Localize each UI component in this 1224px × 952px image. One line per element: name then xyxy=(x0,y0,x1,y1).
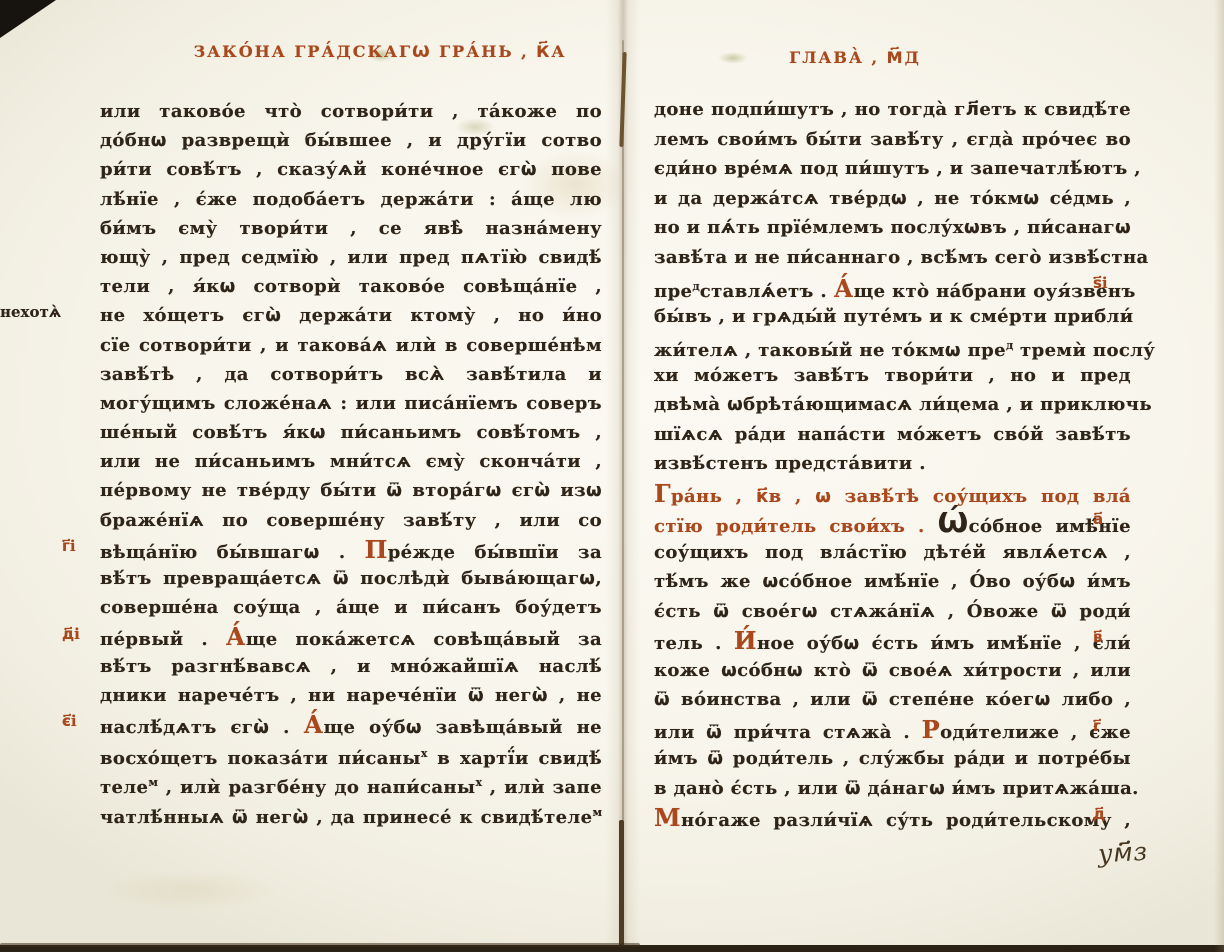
text-segment: или не пи́саньимъ мни́тсѧ єму̀ сконча́ти… xyxy=(100,451,602,472)
text-segment: теле xyxy=(100,777,148,798)
text-line: Мно́гаже разли́чїѧ су́ть роди́тельскому … xyxy=(654,803,1131,833)
margin-note: є҃і xyxy=(62,712,77,730)
text-segment: до́бнѡ разврещѝ бы́вшее , и дру́гїи сотв… xyxy=(100,130,602,151)
initial-letter: Ѡ́ xyxy=(938,506,969,539)
text-line: или не пи́саньимъ мни́тсѧ єму̀ сконча́ти… xyxy=(100,447,602,476)
text-line: соу́щихъ под вла́стїю дѣте́й явлѧ́етсѧ , xyxy=(654,538,1131,568)
text-segment: или таково́е что̀ сотвори́ти , та́коже п… xyxy=(100,101,602,122)
text-segment: и да держа́тсѧ тве́рдѡ , не то́кмѡ се́дм… xyxy=(654,188,1131,209)
text-segment: восхо́щетъ показа́ти пи́саны xyxy=(100,748,421,769)
text-line: завѣ́тѣ , да сотвори́тъ всѧ̀ завѣ́тила и xyxy=(100,360,602,389)
text-line: Гра́нь , к҃в , ѡ завѣ́тѣ соу́щихъ под вл… xyxy=(654,479,1131,509)
text-line: браже́нїѧ по соверше́ну завѣ́ту , или со xyxy=(100,506,602,535)
text-segment: могу́щимъ сложе́наѧ : или писа́нїемъ сов… xyxy=(100,393,602,414)
text-line: могу́щимъ сложе́наѧ : или писа́нїемъ сов… xyxy=(100,389,602,418)
text-segment: коже ѡсо́бнѡ кто̀ ѿ свое́ѧ хи́трости , и… xyxy=(654,660,1131,681)
text-segment: хи мо́жетъ завѣ́тъ твори́ти , но и пред xyxy=(654,365,1131,386)
text-line: тель . И́ное оу́бѡ є́сть и́мъ имѣ́нїе , … xyxy=(654,626,1131,656)
text-line: пе́рвому не тве́рду бы́ти ѿ втора́гѡ єгѡ… xyxy=(100,476,602,505)
text-segment: д xyxy=(692,280,699,293)
text-segment: ще пока́жетсѧ совѣща́вый за xyxy=(246,629,602,650)
text-line: стїю роди́тель свои́хъ . Ѡ́со́бное имѣ́н… xyxy=(654,508,1131,538)
text-segment: со́бное имѣ́нїе xyxy=(969,516,1131,537)
margin-note: нехотѧ̀ xyxy=(0,303,61,321)
text-line: ше́ный совѣ́тъ я́кѡ пи́саньимъ совѣ́томъ… xyxy=(100,418,602,447)
text-segment: вѣща́нїю бы́вшагѡ . xyxy=(100,542,365,563)
text-segment: , илѝ запе xyxy=(482,777,602,798)
text-line: сїе сотвори́ти , и такова́ѧ илѝ в соверш… xyxy=(100,331,602,360)
text-segment: не хо́щетъ єгѡ̀ держа́ти ктому̀ , но и́н… xyxy=(100,305,602,326)
text-segment: соверше́на соу́ща , а́ще и пи́санъ боу́д… xyxy=(100,597,602,618)
text-segment: извѣ́стенъ предста́вити . xyxy=(654,453,926,474)
text-line: тѣ́мъ же ѡсо́бное имѣ́нїе , О́во оу́бѡ и… xyxy=(654,567,1131,597)
text-line: восхо́щетъ показа́ти пи́саных в хартї́и … xyxy=(100,739,602,768)
text-segment: ющу̀ , пред седмїю̀ , или пред пѧтїю̀ св… xyxy=(100,247,602,268)
text-line: доне подпи́шутъ , но тогда̀ гл҃етъ к сви… xyxy=(654,95,1131,125)
text-segment: или ѿ при́чта стѧжа̀ . xyxy=(654,722,922,743)
text-segment: сїе сотвори́ти , и такова́ѧ илѝ в соверш… xyxy=(100,335,602,356)
initial-letter: А́ xyxy=(834,274,854,303)
text-segment: пре xyxy=(654,281,692,302)
text-segment: ше́ный совѣ́тъ я́кѡ пи́саньимъ совѣ́томъ… xyxy=(100,422,602,443)
text-segment: в хартї́и свидѣ́ xyxy=(427,748,602,769)
text-segment: пе́рвый . xyxy=(100,629,226,650)
text-segment: дники нарече́тъ , ни нарече́нїи ѿ негѡ̀ … xyxy=(100,685,602,706)
text-line: или ѿ при́чта стѧжа̀ . Роди́телиже , є́ж… xyxy=(654,715,1131,745)
text-line: ѿ во́инства , или ѿ степе́не ко́егѡ либо… xyxy=(654,685,1131,715)
margin-note: г҃ xyxy=(1093,717,1101,735)
text-segment: ще оу́бѡ завѣща́вый не xyxy=(324,717,602,738)
text-line: шїѧсѧ ра́ди напа́сти мо́жетъ сво́й завѣ́… xyxy=(654,420,1131,450)
text-segment: ное оу́бѡ є́сть и́мъ имѣ́нїе , єли́ xyxy=(757,633,1131,654)
text-segment: тель . xyxy=(654,633,734,654)
text-line: би́мъ єму̀ твори́ти , се явѣ̀ назна́мену xyxy=(100,214,602,243)
text-segment: завѣ́тѣ , да сотвори́тъ всѧ̀ завѣ́тила и xyxy=(100,364,602,385)
text-segment: оди́телиже , є́же xyxy=(940,722,1131,743)
text-segment: стїю роди́тель свои́хъ . xyxy=(654,516,938,537)
text-segment: тели , я́кѡ сотворѝ таково́е совѣща́нїе … xyxy=(100,276,602,297)
text-segment: лѣ́нїе , є́же подоба́етъ держа́ти : а́ще… xyxy=(100,189,602,210)
initial-letter: Р xyxy=(922,715,940,744)
text-segment: м xyxy=(148,776,158,789)
text-line: бы́въ , и грѧды́й путе́мъ и к сме́рти пр… xyxy=(654,302,1131,332)
text-segment: єди́но вре́мѧ под пи́шутъ , и запечатлѣ́… xyxy=(654,158,1141,179)
text-segment: ре́жде бы́вшїи за xyxy=(388,542,602,563)
text-line: пе́рвый . А́ще пока́жетсѧ совѣща́вый за xyxy=(100,622,602,651)
text-line: завѣ́та и не пи́саннаго , всѣ́мъ сего̀ и… xyxy=(654,243,1131,273)
gutter-crease-bottom xyxy=(619,820,624,952)
initial-letter: И́ xyxy=(734,626,757,655)
text-segment: ѿ во́инства , или ѿ степе́не ко́егѡ либо… xyxy=(654,689,1131,710)
text-line: є́сть ѿ свое́гѡ стѧжа́нїѧ , О́воже ѿ род… xyxy=(654,597,1131,627)
text-line: коже ѡсо́бнѡ кто̀ ѿ свое́ѧ хи́трости , и… xyxy=(654,656,1131,686)
initial-letter: А́ xyxy=(304,710,324,739)
text-segment: но́гаже разли́чїѧ су́ть роди́тельскому , xyxy=(681,810,1131,831)
text-line: лемъ свои́мъ бы́ти завѣ́ту , єгда̀ про́ч… xyxy=(654,125,1131,155)
folio-number-handwritten: ум҃з xyxy=(1097,837,1148,869)
text-segment: би́мъ єму̀ твори́ти , се явѣ̀ назна́мену xyxy=(100,218,602,239)
initial-letter: Г xyxy=(654,479,671,508)
text-segment: вѣ́тъ разгнѣ́вавсѧ , и мно́жайшїѧ наслѣ́ xyxy=(100,656,602,677)
text-line: но и пѧ́ть прїе́млемъ послу́хѡвъ , пи́са… xyxy=(654,213,1131,243)
text-line: до́бнѡ разврещѝ бы́вшее , и дру́гїи сотв… xyxy=(100,126,602,155)
text-line: извѣ́стенъ предста́вити . xyxy=(654,449,1131,479)
text-line: в дано̀ є́сть , или ѿ да́нагѡ и́мъ притѧ… xyxy=(654,774,1131,804)
page-right-edge-shade xyxy=(1214,0,1224,952)
text-line: лѣ́нїе , є́же подоба́етъ держа́ти : а́ще… xyxy=(100,185,602,214)
text-segment: в дано̀ є́сть , или ѿ да́нагѡ и́мъ притѧ… xyxy=(654,778,1139,799)
text-segment: ри́ти совѣ́тъ , сказу́ѧй коне́чное єгѡ̀ … xyxy=(100,159,602,180)
margin-note: в҃ xyxy=(1093,628,1103,646)
text-segment: вѣ́тъ превраща́етсѧ ѿ послѣдѝ быва́ющагѡ… xyxy=(100,568,602,589)
text-segment: ставлѧ́етъ . xyxy=(700,281,834,302)
text-line: дники нарече́тъ , ни нарече́нїи ѿ негѡ̀ … xyxy=(100,681,602,710)
text-line: представлѧ́етъ . А́ще кто̀ на́брани оуя́… xyxy=(654,272,1131,302)
margin-note: д҃і xyxy=(62,625,80,643)
text-segment: чатлѣ́нныѧ ѿ негѡ̀ , да принесе́ к свидѣ… xyxy=(100,807,592,828)
text-line: єди́но вре́мѧ под пи́шутъ , и запечатлѣ́… xyxy=(654,154,1131,184)
text-segment: наслѣ́дѧтъ єгѡ̀ . xyxy=(100,717,304,738)
gutter-crease-line xyxy=(622,40,624,920)
text-segment: шїѧсѧ ра́ди напа́сти мо́жетъ сво́й завѣ́… xyxy=(654,424,1131,445)
text-segment: браже́нїѧ по соверше́ну завѣ́ту , или со xyxy=(100,510,602,531)
running-title-right: ГЛАВА̀ , М҃Д xyxy=(740,48,970,67)
text-segment: , илѝ разгбе́ну до напи́саны xyxy=(158,777,476,798)
text-segment: тремѝ послу́ xyxy=(1013,340,1155,361)
text-segment: ра́нь , к҃в , ѡ завѣ́тѣ соу́щихъ под вла… xyxy=(671,486,1131,507)
paper-stain xyxy=(100,870,280,910)
text-segment: бы́въ , и грѧды́й путе́мъ и к сме́рти пр… xyxy=(654,306,1134,327)
text-line: или таково́е что̀ сотвори́ти , та́коже п… xyxy=(100,97,602,126)
text-segment: лемъ свои́мъ бы́ти завѣ́ту , єгда̀ про́ч… xyxy=(654,129,1131,150)
text-line: телем , илѝ разгбе́ну до напи́саных , ил… xyxy=(100,768,602,797)
text-segment: доне подпи́шутъ , но тогда̀ гл҃етъ к сви… xyxy=(654,99,1131,120)
initial-letter: А́ xyxy=(226,622,246,651)
margin-note: ѕ҃і xyxy=(1093,274,1108,292)
text-segment: соу́щихъ под вла́стїю дѣте́й явлѧ́етсѧ , xyxy=(654,542,1131,563)
initial-letter: М xyxy=(654,803,681,832)
text-line: наслѣ́дѧтъ єгѡ̀ . А́ще оу́бѡ завѣща́вый … xyxy=(100,710,602,739)
margin-note: г҃і xyxy=(62,537,76,555)
text-segment: пе́рвому не тве́рду бы́ти ѿ втора́гѡ єгѡ… xyxy=(100,480,602,501)
text-line: и́мъ ѿ роди́тель , слу́жбы ра́ди и потре… xyxy=(654,744,1131,774)
text-line: ющу̀ , пред седмїю̀ , или пред пѧтїю̀ св… xyxy=(100,243,602,272)
text-line: вѣ́тъ превраща́етсѧ ѿ послѣдѝ быва́ющагѡ… xyxy=(100,564,602,593)
left-page-text-block: или таково́е что̀ сотвори́ти , та́коже п… xyxy=(100,97,602,827)
text-segment: тѣ́мъ же ѡсо́бное имѣ́нїе , О́во оу́бѡ и… xyxy=(654,571,1131,592)
text-segment: жи́телѧ , таковы́й не то́кмѡ пре xyxy=(654,340,1006,361)
text-line: жи́телѧ , таковы́й не то́кмѡ пред тремѝ … xyxy=(654,331,1131,361)
text-line: чатлѣ́нныѧ ѿ негѡ̀ , да принесе́ к свидѣ… xyxy=(100,798,602,827)
text-segment: є́сть ѿ свое́гѡ стѧжа́нїѧ , О́воже ѿ род… xyxy=(654,601,1131,622)
text-segment: завѣ́та и не пи́саннаго , всѣ́мъ сего̀ и… xyxy=(654,247,1149,268)
running-title-left: ЗАКО́НА ГРА́ДСКАГѠ ГРА́НЬ , К҃А xyxy=(170,42,590,61)
right-page-text-block: доне подпи́шутъ , но тогда̀ гл҃етъ к сви… xyxy=(654,95,1131,833)
text-segment: и́мъ ѿ роди́тель , слу́жбы ра́ди и потре… xyxy=(654,748,1131,769)
text-line: хи мо́жетъ завѣ́тъ твори́ти , но и пред xyxy=(654,361,1131,391)
margin-note: д҃ xyxy=(1093,805,1105,823)
text-segment: м xyxy=(592,806,602,819)
initial-letter: П xyxy=(365,535,388,564)
text-line: и да держа́тсѧ тве́рдѡ , не то́кмѡ се́дм… xyxy=(654,184,1131,214)
text-line: вѣ́тъ разгнѣ́вавсѧ , и мно́жайшїѧ наслѣ́ xyxy=(100,652,602,681)
scan-corner-artifact xyxy=(0,0,56,38)
text-line: двѣма̀ ѡбрѣта́ющимасѧ ли́цема , и приклю… xyxy=(654,390,1131,420)
text-line: соверше́на соу́ща , а́ще и пи́санъ боу́д… xyxy=(100,593,602,622)
text-line: не хо́щетъ єгѡ̀ держа́ти ктому̀ , но и́н… xyxy=(100,301,602,330)
scan-bottom-edge-shadow xyxy=(0,943,640,947)
text-segment: двѣма̀ ѡбрѣта́ющимасѧ ли́цема , и приклю… xyxy=(654,394,1152,415)
text-line: вѣща́нїю бы́вшагѡ . Пре́жде бы́вшїи за xyxy=(100,535,602,564)
text-segment: но и пѧ́ть прїе́млемъ послу́хѡвъ , пи́са… xyxy=(654,217,1131,238)
text-line: тели , я́кѡ сотворѝ таково́е совѣща́нїе … xyxy=(100,272,602,301)
text-line: ри́ти совѣ́тъ , сказу́ѧй коне́чное єгѡ̀ … xyxy=(100,155,602,184)
book-scan: ЗАКО́НА ГРА́ДСКАГѠ ГРА́НЬ , К҃А ГЛАВА̀ ,… xyxy=(0,0,1224,952)
margin-note: а҃ xyxy=(1093,510,1103,528)
